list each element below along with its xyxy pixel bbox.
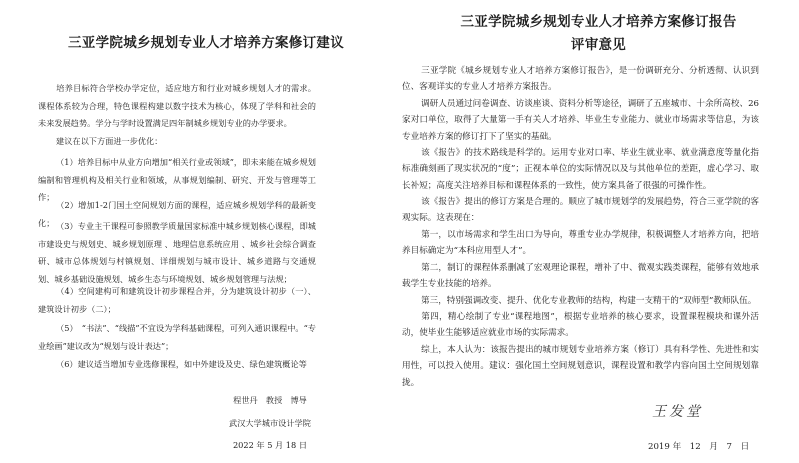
paragraph-text: 该《报告》提出的修订方案是合理的。顺应了城市规划学的发展趋势，符合三亚学院的客观…	[402, 197, 759, 223]
paragraph-text: 综上，本人认为：该报告提出的城市规划专业培养方案（修订）具有科学性、先进性和实用…	[402, 345, 759, 388]
suggestion-item-5: （5） “书法”、“线描”不宜设为学科基础课程，可列入通识课程中。“专业绘画”建…	[38, 320, 316, 355]
suggestion-item-4: （4）空间建构可和建筑设计初步课程合并，分为建筑设计初步（一）、建筑设计初步（二…	[38, 283, 316, 318]
review-paragraph-2: 调研人员通过问卷调查、访谈座谈、资料分析等途径，调研了五座城市、十余所高校、26…	[402, 96, 759, 145]
right-document-title: 三亚学院城乡规划专业人才培养方案修订报告	[399, 10, 798, 30]
paragraph-text: 第四，精心绘制了专业“课程地图”，根据专业培养的核心要求，设置课程模块和课外活动…	[402, 312, 759, 338]
signer-organization: 武汉大学城市设计学院	[150, 418, 390, 429]
review-paragraph-5: 第一，以市场需求和学生出口为导向，尊重专业办学规律，积极调整人才培养方向，把培养…	[402, 227, 759, 260]
suggestion-text: （3）专业主干课程可参照教学质量国家标准中城乡规划核心课程，即城市建设史与规划史…	[38, 221, 316, 284]
suggestion-text: （4）空间建构可和建筑设计初步课程合并，分为建筑设计初步（一）、建筑设计初步（二…	[38, 286, 316, 314]
left-document-date: 2022 年 5 月 18 日	[150, 440, 390, 451]
suggestion-item-6: （6）建议适当增加专业选修课程，如中外建设及史、绿色建筑概论等	[38, 356, 316, 374]
left-document-title: 三亚学院城乡规划专业人才培养方案修订建议	[68, 31, 344, 51]
signer-name: 程世丹 教授 博导	[150, 395, 390, 406]
right-document-date: 2019 年 12 月 7 日	[648, 440, 749, 452]
review-paragraph-9: 综上，本人认为：该报告提出的城市规划专业培养方案（修订）具有科学性、先进性和实用…	[402, 342, 759, 391]
paragraph-text: 第一，以市场需求和学生出口为导向，尊重专业办学规律，积极调整人才培养方向，把培养…	[402, 230, 759, 256]
right-document-subtitle: 评审意见	[399, 33, 798, 53]
handwritten-signature: 王发堂	[652, 401, 703, 421]
paragraph-text: 该《报告》的技术路线是科学的。运用专业对口率、毕业生就业率、就业满意度等量化指标…	[402, 148, 759, 191]
paragraph-text: 调研人员通过问卷调查、访谈座谈、资料分析等途径，调研了五座城市、十余所高校、26…	[402, 99, 759, 142]
paragraph-text: 三亚学院《城乡规划专业人才培养方案修订报告》，是一份调研充分、分析透彻、认识到位…	[402, 66, 759, 92]
review-paragraph-7: 第三，特别强调改变、提升、优化专业教师的结构，构建一支精干的“双师型”教师队伍。	[402, 293, 759, 309]
suggestion-item-3: （3）专业主干课程可参照教学质量国家标准中城乡规划核心课程，即城市建设史与规划史…	[38, 218, 316, 288]
left-lead-paragraph: 建议在以下方面进一步优化：	[38, 133, 316, 151]
review-paragraph-3: 该《报告》的技术路线是科学的。运用专业对口率、毕业生就业率、就业满意度等量化指标…	[402, 145, 759, 194]
lead-text: 建议在以下方面进一步优化：	[56, 136, 162, 146]
right-document-page: 三亚学院城乡规划专业人才培养方案修订报告 评审意见 三亚学院《城乡规划专业人才培…	[399, 0, 799, 463]
review-paragraph-8: 第四，精心绘制了专业“课程地图”，根据专业培养的核心要求，设置课程模块和课外活动…	[402, 309, 759, 342]
paragraph-text: 第二，制订的课程体系删减了宏观理论课程，增补了中、微观实践类课程，能够有效地承载…	[402, 263, 759, 289]
review-paragraph-6: 第二，制订的课程体系删减了宏观理论课程，增补了中、微观实践类课程，能够有效地承载…	[402, 260, 759, 293]
left-document-page: 三亚学院城乡规划专业人才培养方案修订建议 培养目标符合学校办学定位，适应地方和行…	[0, 0, 399, 463]
suggestion-text: （6）建议适当增加专业选修课程，如中外建设及史、绿色建筑概论等	[56, 359, 307, 369]
left-intro-paragraph: 培养目标符合学校办学定位，适应地方和行业对城乡规划人才的需求。课程体系较为合理，…	[38, 80, 316, 133]
suggestion-text: （5） “书法”、“线描”不宜设为学科基础课程，可列入通识课程中。“专业绘画”建…	[38, 323, 316, 351]
intro-text: 培养目标符合学校办学定位，适应地方和行业对城乡规划人才的需求。课程体系较为合理，…	[38, 83, 316, 128]
suggestion-text: （1）培养目标中从业方向增加“相关行业或领域”，即未来能在城乡规划编制和管理机构…	[38, 157, 316, 202]
review-paragraph-4: 该《报告》提出的修订方案是合理的。顺应了城市规划学的发展趋势，符合三亚学院的客观…	[402, 194, 759, 227]
paragraph-text: 第三，特别强调改变、提升、优化专业教师的结构，构建一支精干的“双师型”教师队伍。	[421, 296, 756, 306]
review-paragraph-1: 三亚学院《城乡规划专业人才培养方案修订报告》，是一份调研充分、分析透彻、认识到位…	[402, 63, 759, 96]
